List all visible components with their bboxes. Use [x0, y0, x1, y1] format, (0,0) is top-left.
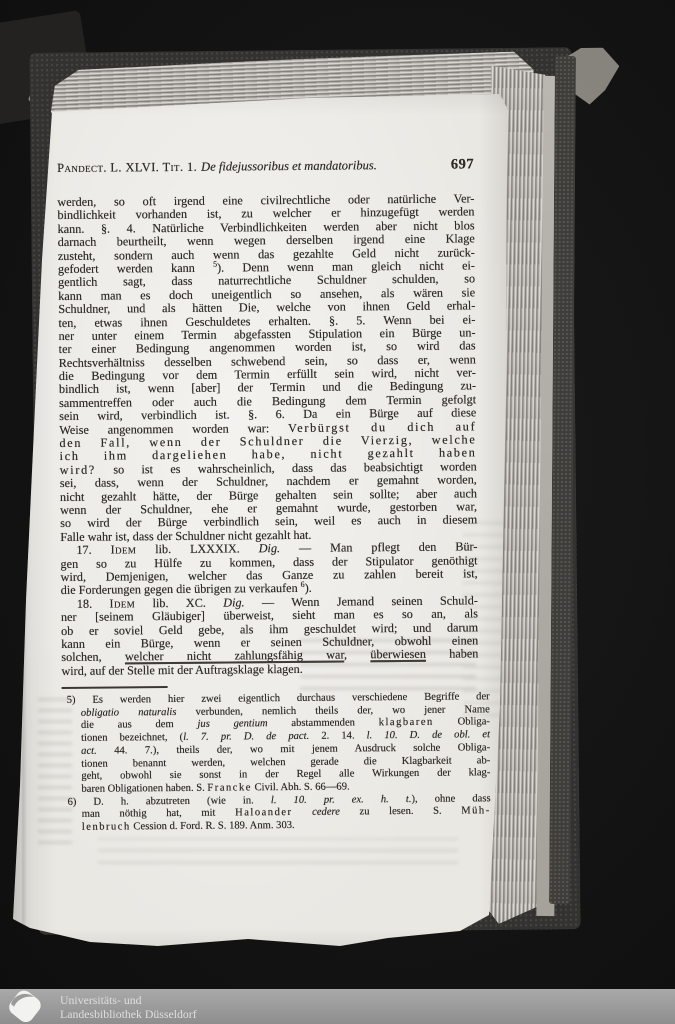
library-name: Universitäts- und Landesbibliothek Düsse… [60, 993, 197, 1021]
page-number: 697 [451, 156, 474, 173]
page-content: Pandect. L. XLVI. Tit. 1. De fidejussori… [57, 156, 480, 834]
scanned-book-photo: Pandect. L. XLVI. Tit. 1. De fidejussori… [0, 0, 675, 1024]
book-page: Pandect. L. XLVI. Tit. 1. De fidejussori… [8, 86, 513, 956]
ink-bleedthrough [98, 838, 458, 864]
library-logo-icon [4, 990, 50, 1024]
header-title-latin: De fidejussoribus et mandatoribus. [201, 158, 377, 175]
text-line: wird, auf der Stelle mit der Auftragskla… [61, 661, 478, 678]
running-header: Pandect. L. XLVI. Tit. 1. De fidejussori… [57, 156, 474, 177]
footnote-rule [62, 686, 168, 689]
header-spacer [377, 169, 451, 170]
text-line: lenbruch Cession d. Ford. R. S. 189. Anm… [68, 818, 491, 834]
library-name-line2: Landesbibliothek Düsseldorf [60, 1007, 197, 1021]
footnotes: 5) Es werden hier zwei eigentlich durcha… [67, 691, 491, 834]
body-text: werden, so oft irgend eine civilrechtlic… [57, 192, 478, 678]
library-footer-bar: Universitäts- und Landesbibliothek Düsse… [0, 989, 675, 1024]
library-name-line1: Universitäts- und [60, 993, 197, 1007]
header-title: Pandect. L. XLVI. Tit. 1. [57, 160, 197, 176]
